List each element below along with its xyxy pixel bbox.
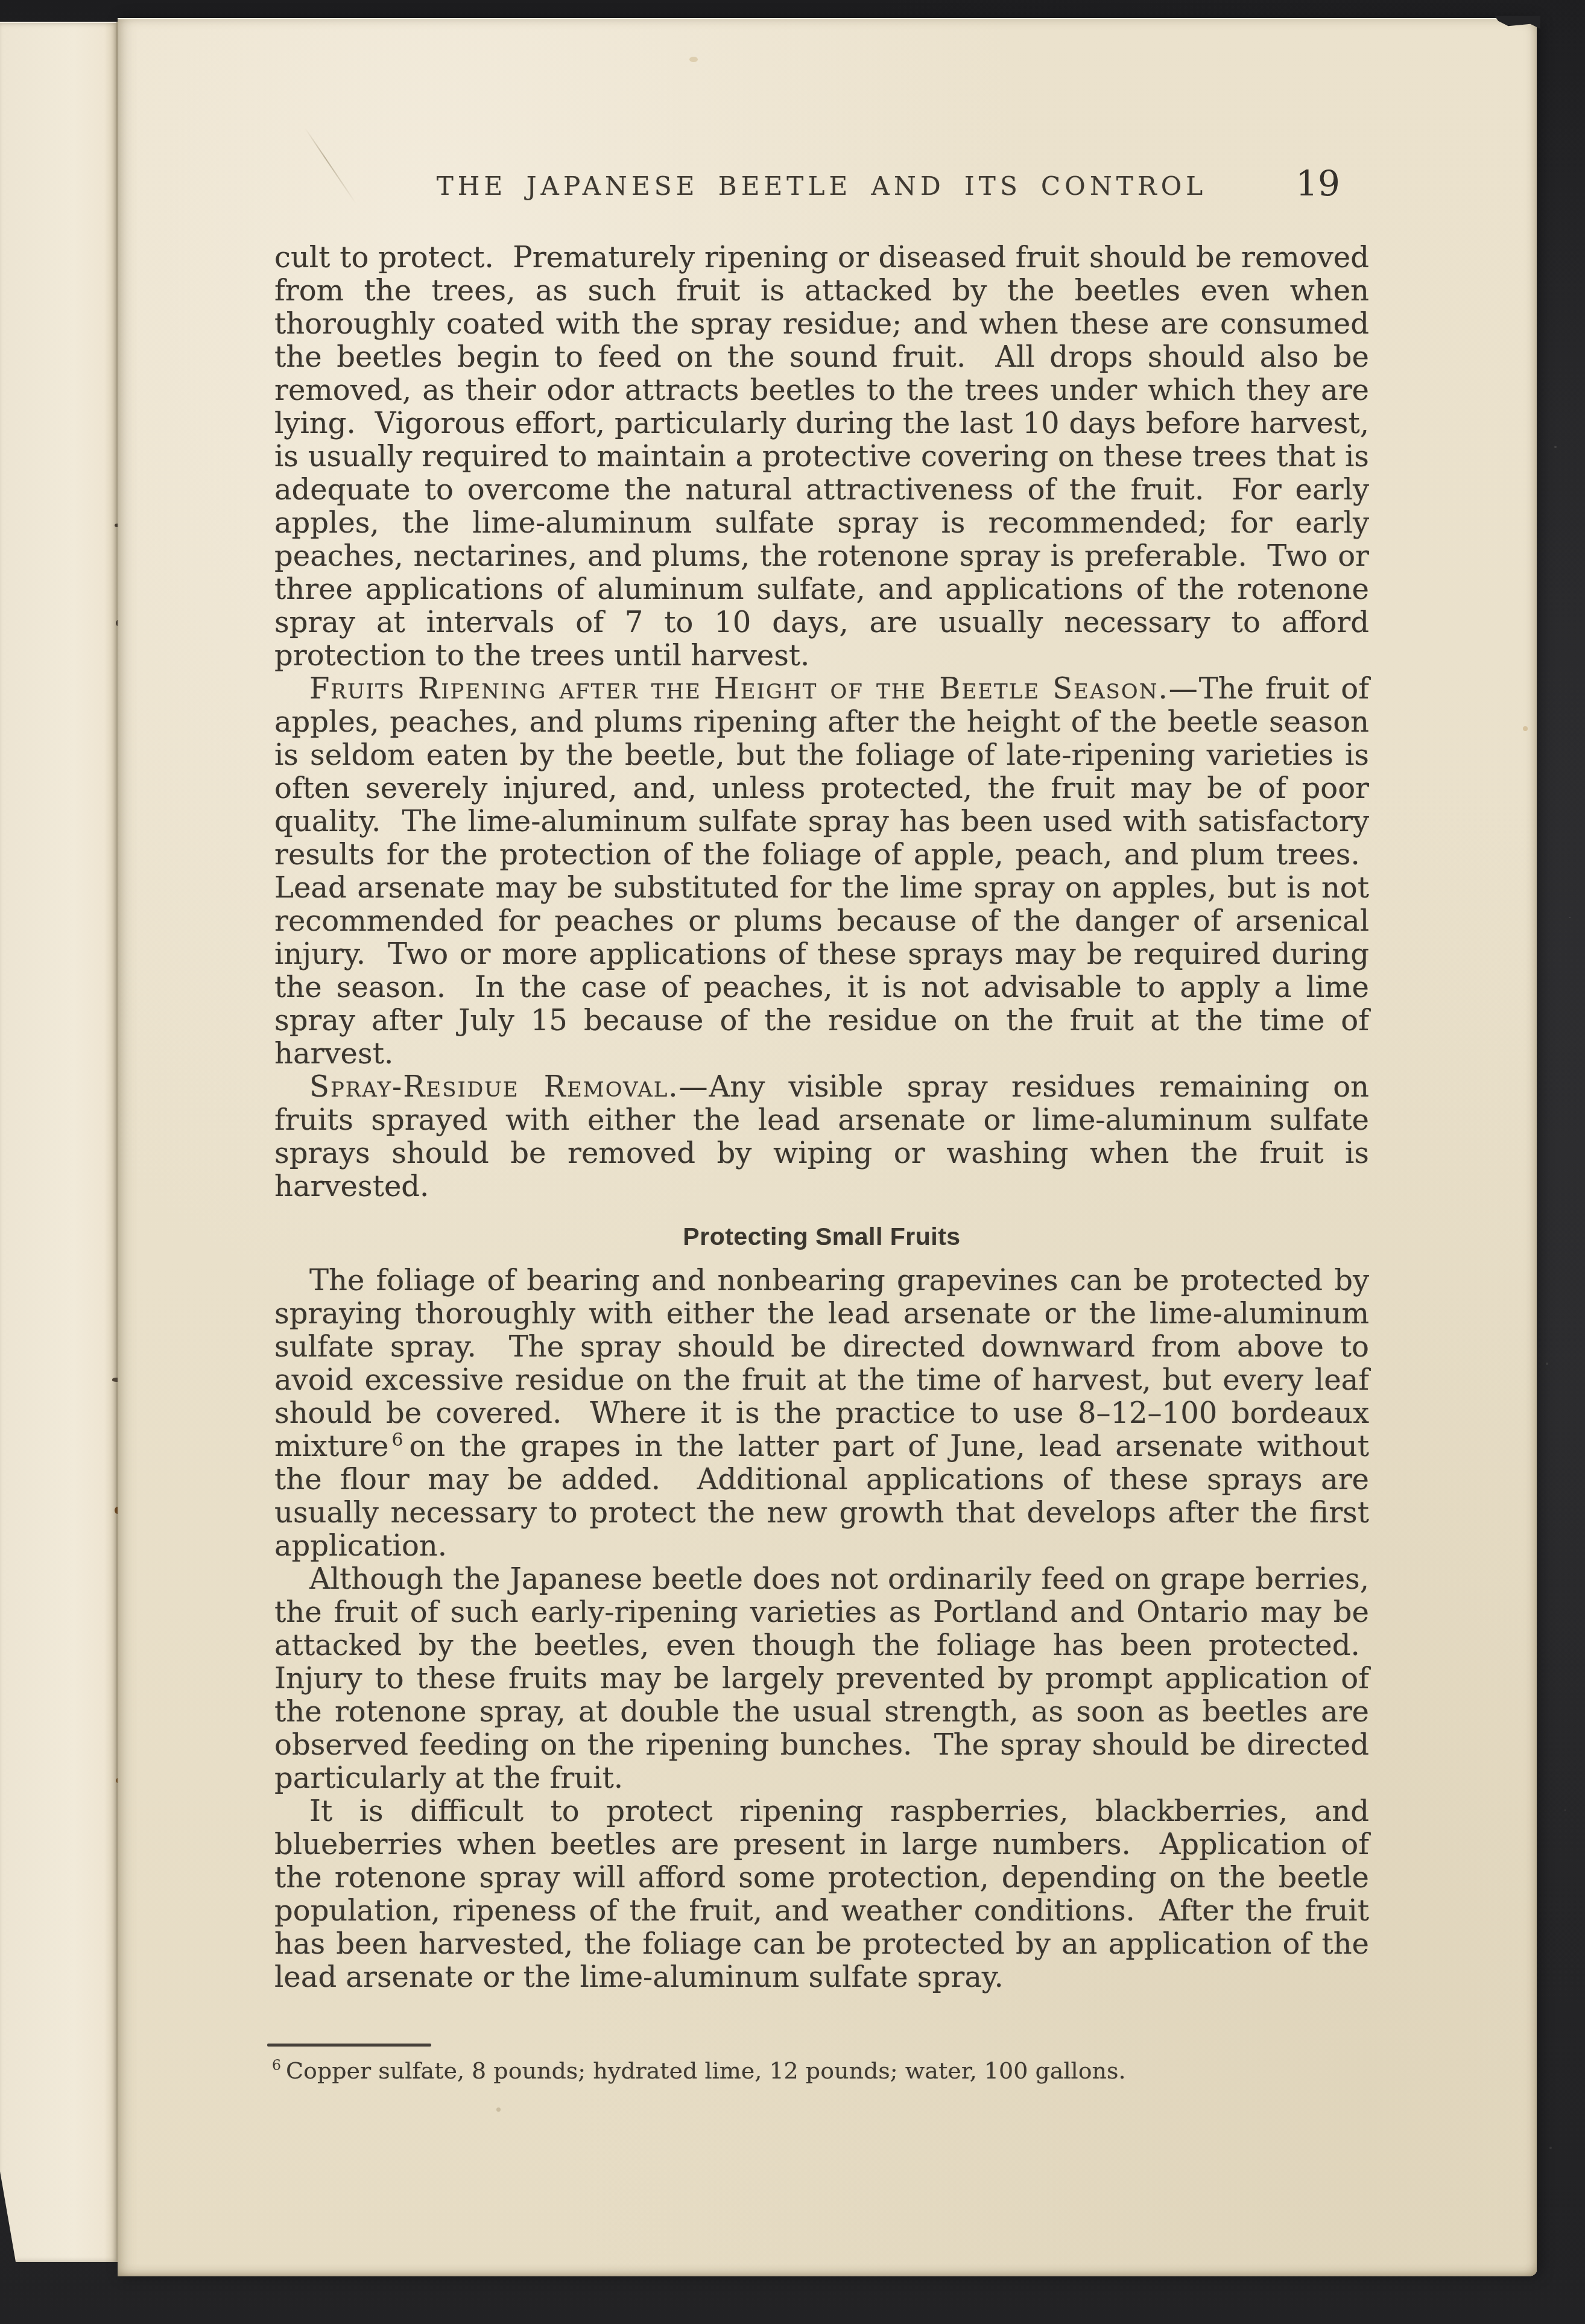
- page-number: 19: [1296, 163, 1340, 204]
- paragraph: The foliage of bearing and nonbearing gr…: [274, 1264, 1369, 1563]
- foxing-spot: [1523, 726, 1528, 731]
- footnote-reference: 6: [392, 1430, 403, 1451]
- footnote-text: Copper sulfate, 8 pounds; hydrated lime,…: [286, 2057, 1126, 2084]
- body-text: cult to protect. Prematurely ripening or…: [274, 241, 1369, 1994]
- paragraph: Spray-Residue Removal.—Any visible spray…: [274, 1071, 1369, 1203]
- scanned-page: THE JAPANESE BEETLE AND ITS CONTROL 19 c…: [118, 18, 1537, 2276]
- page-header: THE JAPANESE BEETLE AND ITS CONTROL 19: [274, 171, 1369, 226]
- paragraph: Fruits Ripening after the Height of the …: [274, 673, 1369, 1071]
- running-title: THE JAPANESE BEETLE AND ITS CONTROL: [274, 171, 1369, 201]
- paragraph: Although the Japanese beetle does not or…: [274, 1563, 1369, 1795]
- foxing-spot: [689, 57, 698, 62]
- footnote: 6Copper sulfate, 8 pounds; hydrated lime…: [272, 2057, 1297, 2085]
- facing-page-edge: [0, 22, 118, 2262]
- runin-heading: Fruits Ripening after the Height of the …: [309, 672, 1199, 706]
- paragraph: cult to protect. Prematurely ripening or…: [274, 241, 1369, 673]
- paragraph: It is difficult to protect ripening rasp…: [274, 1795, 1369, 1994]
- footnote-marker: 6: [272, 2057, 281, 2074]
- footnote-rule: [267, 2044, 431, 2047]
- runin-heading: Spray-Residue Removal.—: [309, 1070, 709, 1104]
- section-heading: Protecting Small Fruits: [274, 1220, 1369, 1253]
- foxing-spot: [496, 2107, 501, 2112]
